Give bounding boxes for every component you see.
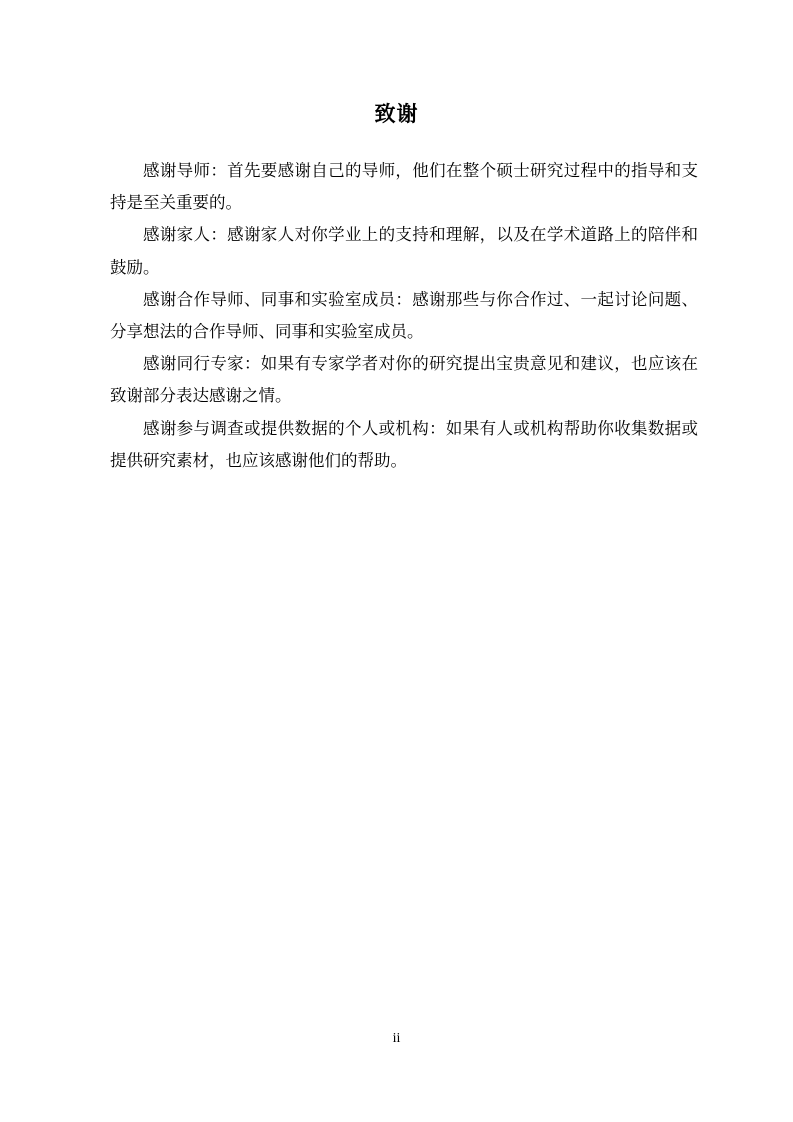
paragraph-thank-family: 感谢家人：感谢家人对你学业上的支持和理解，以及在学术道路上的陪伴和鼓励。	[110, 219, 698, 283]
paragraph-thank-collaborators: 感谢合作导师、同事和实验室成员：感谢那些与你合作过、一起讨论问题、分享想法的合作…	[110, 284, 698, 348]
document-body: 感谢导师：首先要感谢自己的导师，他们在整个硕士研究过程中的指导和支持是至关重要的…	[110, 155, 698, 477]
paragraph-thank-experts: 感谢同行专家：如果有专家学者对你的研究提出宝贵意见和建议，也应该在致谢部分表达感…	[110, 348, 698, 412]
paragraph-thank-advisor: 感谢导师：首先要感谢自己的导师，他们在整个硕士研究过程中的指导和支持是至关重要的…	[110, 155, 698, 219]
paragraph-thank-data-providers: 感谢参与调查或提供数据的个人或机构：如果有人或机构帮助你收集数据或提供研究素材，…	[110, 413, 698, 477]
page-number: ii	[0, 1031, 793, 1047]
document-page: 致谢 感谢导师：首先要感谢自己的导师，他们在整个硕士研究过程中的指导和支持是至关…	[0, 0, 793, 1122]
page-title: 致谢	[0, 0, 793, 127]
